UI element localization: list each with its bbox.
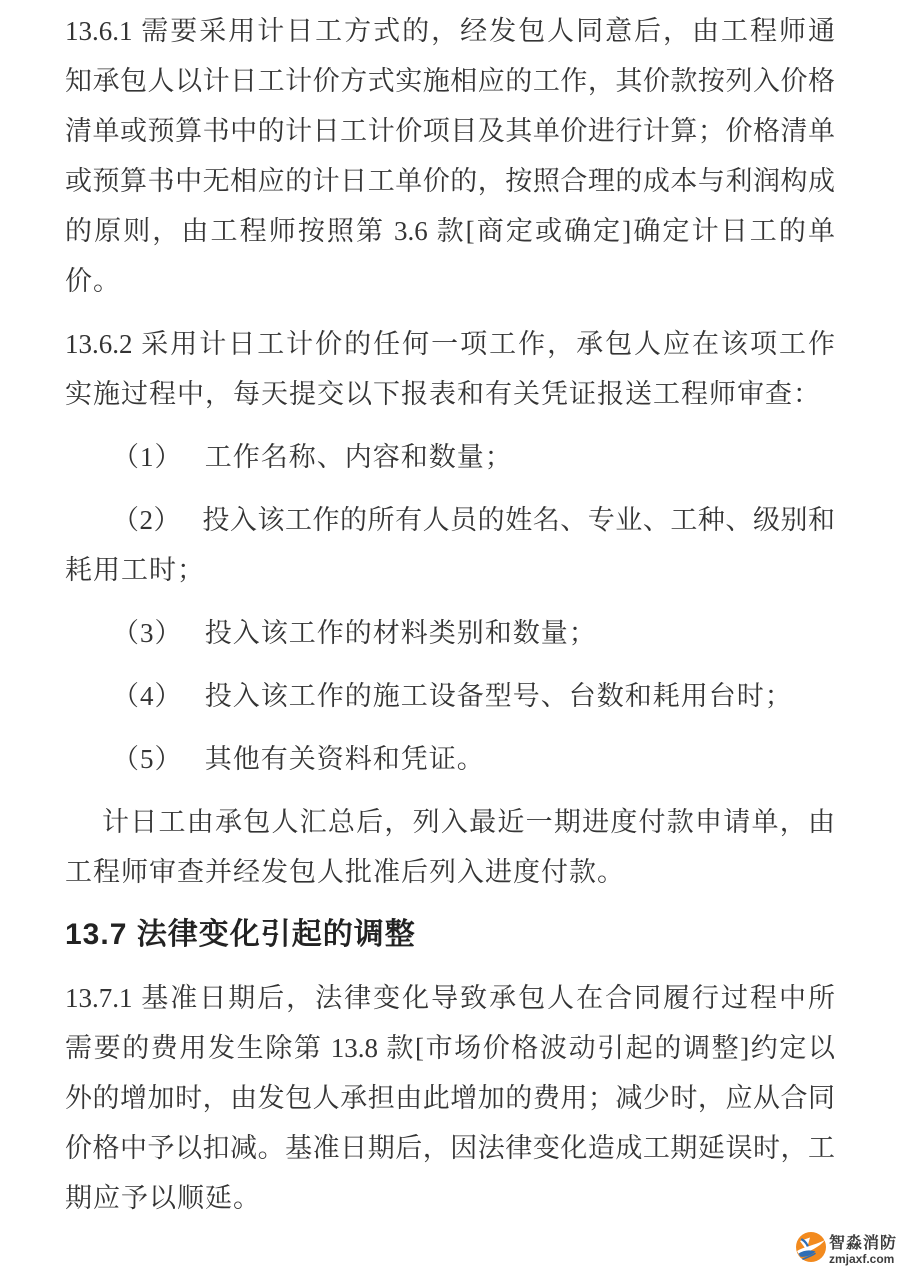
- text-line: 实施过程中，每天提交以下报表和有关凭证报送工程师审查：: [65, 369, 835, 419]
- section-heading-13-7: 13.7 法律变化引起的调整: [65, 910, 835, 960]
- text-line: 13.7.1 基准日期后，法律变化导致承包人在合同履行过程中所: [65, 973, 835, 1023]
- text-line: 价格中予以扣减。基准日期后，因法律变化造成工期延误时，工: [65, 1123, 835, 1173]
- text-line: 13.6.1 需要采用计日工方式的，经发包人同意后，由工程师通: [65, 6, 835, 56]
- clause-13-6-1: 13.6.1 需要采用计日工方式的，经发包人同意后，由工程师通 知承包人以计日工…: [65, 6, 835, 306]
- list-item-4: （4） 投入该工作的施工设备型号、台数和耗用台时；: [65, 671, 835, 721]
- text-line: 外的增加时，由发包人承担由此增加的费用；减少时，应从合同: [65, 1073, 835, 1123]
- text-line: 价。: [65, 256, 835, 306]
- text-line: 知承包人以计日工计价方式实施相应的工作，其价款按列入价格: [65, 56, 835, 106]
- list-item-5: （5） 其他有关资料和凭证。: [65, 734, 835, 784]
- brand-site-url: zmjaxf.com: [829, 1253, 897, 1265]
- clause-13-6-2: 13.6.2 采用计日工计价的任何一项工作，承包人应在该项工作 实施过程中，每天…: [65, 319, 835, 419]
- text-line: 清单或预算书中的计日工计价项目及其单价进行计算；价格清单: [65, 106, 835, 156]
- text-line: （4） 投入该工作的施工设备型号、台数和耗用台时；: [65, 671, 835, 721]
- text-line: 或预算书中无相应的计日工单价的，按照合理的成本与利润构成: [65, 156, 835, 206]
- text-line: （5） 其他有关资料和凭证。: [65, 734, 835, 784]
- brand-watermark: 智淼消防 zmjaxf.com: [796, 1232, 897, 1269]
- text-line: （3） 投入该工作的材料类别和数量；: [65, 608, 835, 658]
- summary-paragraph: 计日工由承包人汇总后，列入最近一期进度付款申请单，由 工程师审查并经发包人批准后…: [65, 797, 835, 897]
- text-line: （1） 工作名称、内容和数量；: [65, 432, 835, 482]
- clause-13-7-1: 13.7.1 基准日期后，法律变化导致承包人在合同履行过程中所 需要的费用发生除…: [65, 973, 835, 1223]
- list-item-2: （2） 投入该工作的所有人员的姓名、专业、工种、级别和 耗用工时；: [65, 495, 835, 595]
- text-line: 13.6.2 采用计日工计价的任何一项工作，承包人应在该项工作: [65, 319, 835, 369]
- text-line: 期应予以顺延。: [65, 1173, 835, 1223]
- brand-name: 智淼消防: [829, 1236, 897, 1252]
- text-line: 需要的费用发生除第 13.8 款[市场价格波动引起的调整]约定以: [65, 1023, 835, 1073]
- list-item-3: （3） 投入该工作的材料类别和数量；: [65, 608, 835, 658]
- text-line: 的原则，由工程师按照第 3.6 款[商定或确定]确定计日工的单: [65, 206, 835, 256]
- text-line: 耗用工时；: [65, 545, 835, 595]
- brand-logo-icon: [796, 1232, 826, 1269]
- text-line: 计日工由承包人汇总后，列入最近一期进度付款申请单，由: [65, 797, 835, 847]
- brand-text: 智淼消防 zmjaxf.com: [829, 1236, 897, 1265]
- text-line: （2） 投入该工作的所有人员的姓名、专业、工种、级别和: [65, 495, 835, 545]
- text-line: 工程师审查并经发包人批准后列入进度付款。: [65, 847, 835, 897]
- list-item-1: （1） 工作名称、内容和数量；: [65, 432, 835, 482]
- document-page: 13.6.1 需要采用计日工方式的，经发包人同意后，由工程师通 知承包人以计日工…: [0, 0, 899, 1274]
